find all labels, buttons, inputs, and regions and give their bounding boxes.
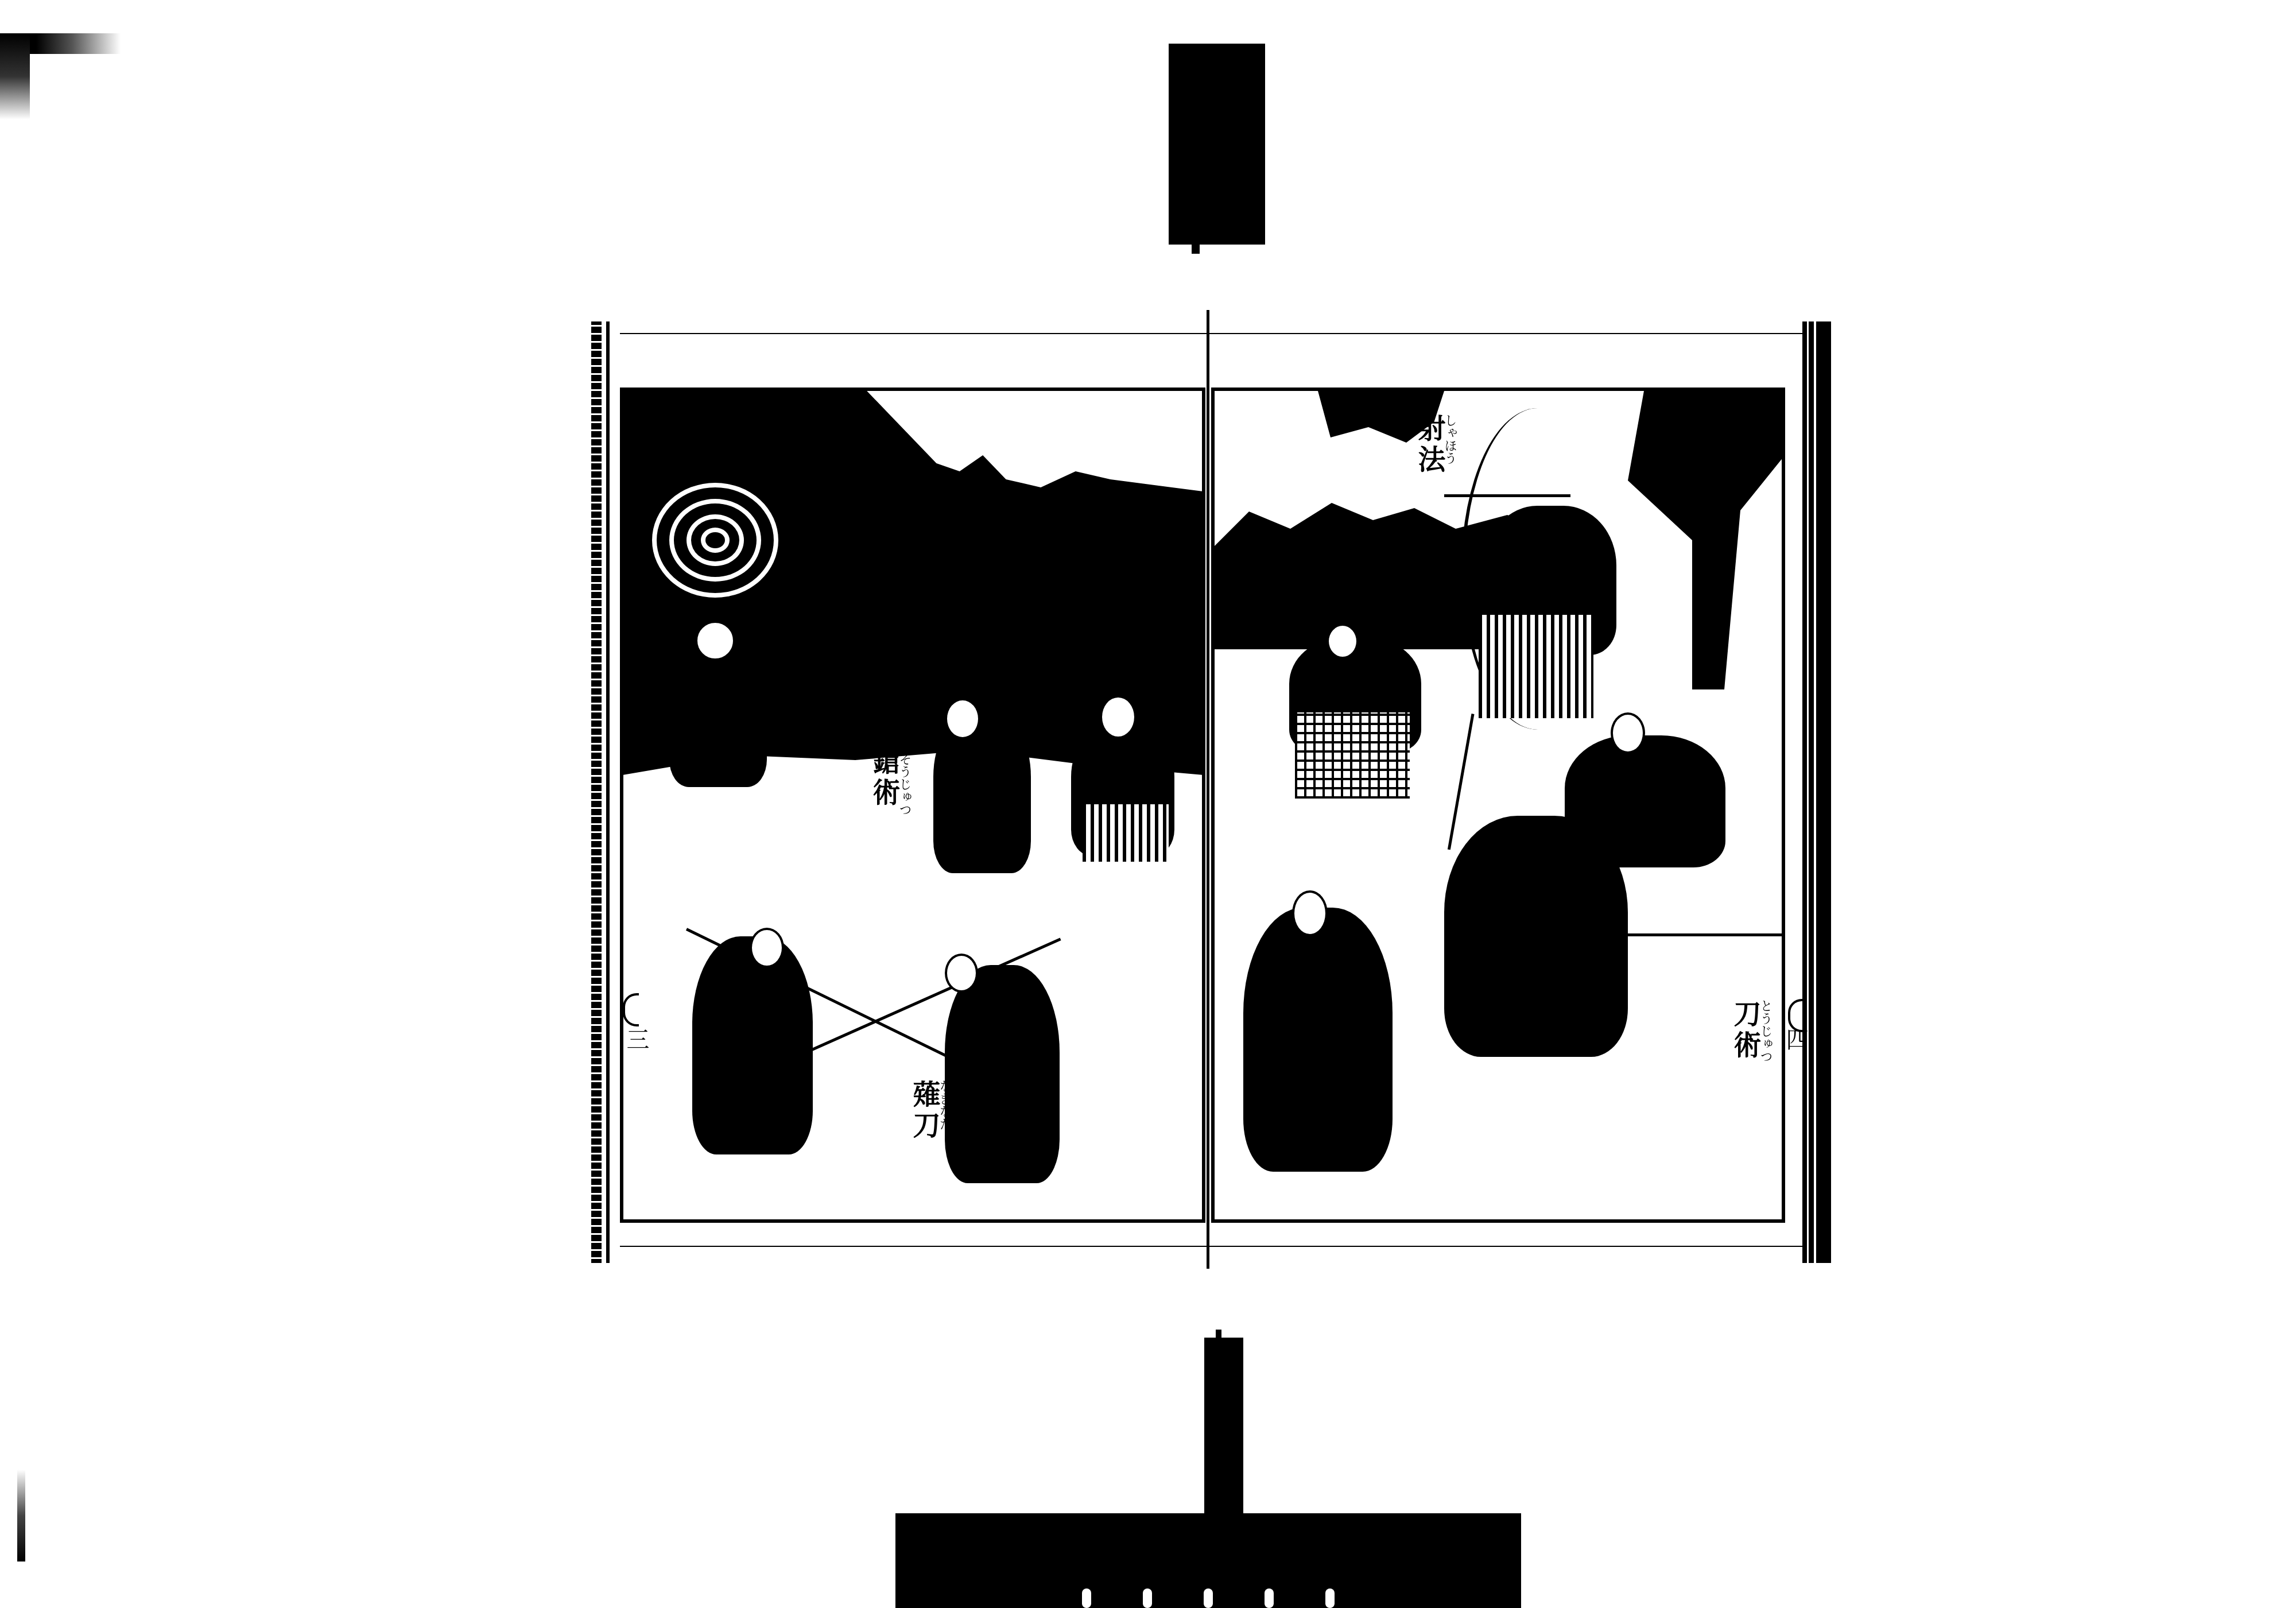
top-clamp-tab: [1192, 241, 1200, 254]
book-gutter: [1207, 310, 1209, 1269]
figure-naginata: [692, 936, 813, 1154]
figure-head: [945, 698, 980, 739]
figure-naginata: [945, 965, 1060, 1183]
label-shaho-furigana: しゃほう: [1443, 414, 1456, 467]
figure-head: [1292, 890, 1328, 936]
scan-edge-artifact: [17, 1470, 25, 1561]
figure-head: [1327, 623, 1359, 659]
sword: [1593, 933, 1785, 936]
page-number-right: 四: [1779, 1028, 1812, 1053]
checked-hakama: [1295, 712, 1410, 799]
large-tree: [1628, 391, 1785, 689]
label-sojutsu-furigana: そうじゅつ: [898, 753, 910, 818]
figure-head: [1611, 712, 1645, 754]
striped-hakama: [1479, 615, 1593, 718]
bottom-rule: [620, 1246, 1802, 1247]
arrow: [1444, 494, 1570, 497]
book-edge-left: [591, 321, 602, 1263]
label-kanji: 薙刀: [910, 1080, 938, 1142]
label-kanji: 鎗術: [870, 747, 898, 809]
label-kanji: 刀術: [1731, 999, 1759, 1061]
figure-armored-swordsman: [1444, 816, 1628, 1057]
right-page-illustration: 射法 しゃほう 刀術 とうじゅつ: [1211, 388, 1785, 1223]
figure-head: [945, 954, 978, 993]
top-clamp: [1169, 44, 1265, 245]
scan-corner-shadow-vertical: [0, 33, 30, 119]
book-edge-right-block: [1821, 321, 1831, 1263]
figure-head: [750, 928, 784, 968]
spear: [1448, 714, 1475, 850]
label-naginata: 薙刀: [910, 1080, 938, 1144]
archery-target-icon: [652, 483, 778, 598]
page-number-left: 三: [620, 1028, 653, 1053]
label-shaho: 射法: [1415, 414, 1443, 478]
figure-crouching: [1243, 908, 1393, 1172]
left-page-illustration: 鎗術 そうじゅつ 薙刀 なぎなた: [620, 388, 1205, 1223]
book-edge-left-line: [606, 321, 610, 1263]
label-sojutsu: 鎗術: [870, 747, 898, 811]
label-tojutsu-furigana: とうじゅつ: [1759, 999, 1771, 1065]
hakama: [1083, 804, 1169, 862]
figure-head: [1100, 695, 1137, 739]
figure-spearman: [669, 649, 767, 787]
stand-holes: [895, 1584, 1521, 1608]
stand-neck: [1204, 1338, 1243, 1521]
top-rule: [620, 333, 1802, 334]
figure-spearman: [933, 712, 1031, 873]
figure-head: [695, 621, 735, 661]
label-tojutsu: 刀術: [1731, 999, 1759, 1064]
label-naginata-furigana: なぎなた: [938, 1080, 951, 1133]
label-kanji: 射法: [1415, 414, 1443, 476]
